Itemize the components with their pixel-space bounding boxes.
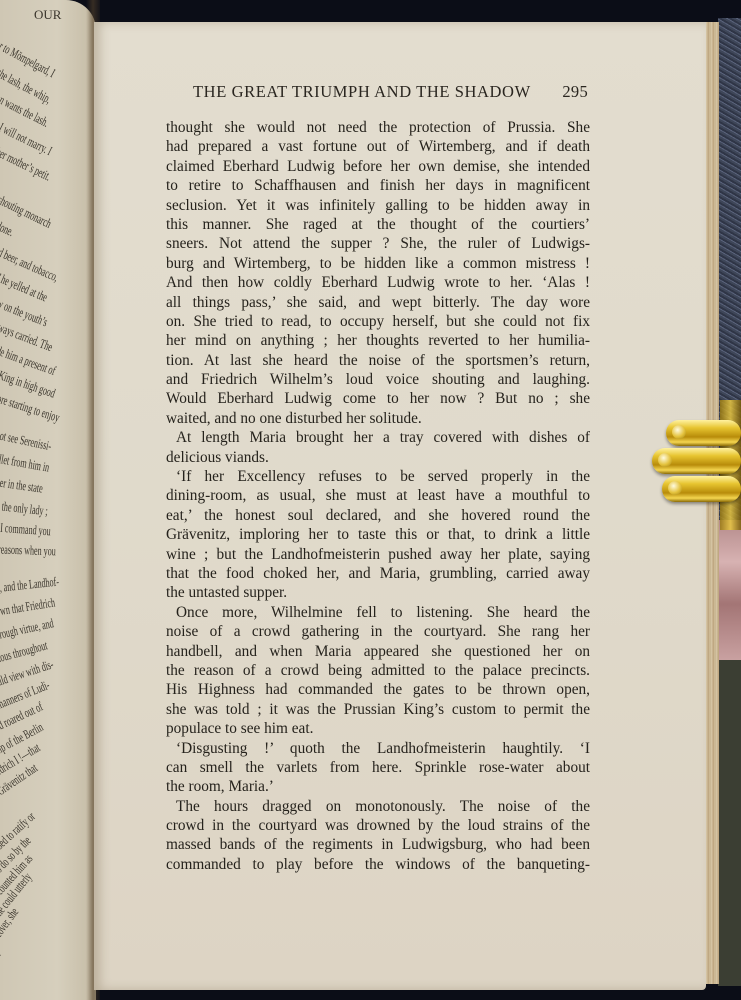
text-line: delicious viands. <box>166 448 590 467</box>
text-line: can smell the varlets from here. Sprinkl… <box>166 758 590 777</box>
page-number: 295 <box>562 82 588 102</box>
text-line: massed bands of the regiments in Ludwigs… <box>166 835 590 854</box>
text-line: Once more, Wilhelmine fell to listening.… <box>166 603 590 622</box>
book-cover-lower <box>718 660 741 986</box>
text-line: His Highness had commanded the gates to … <box>166 680 590 699</box>
marbled-endpaper <box>716 520 741 660</box>
text-line: And then how coldly Eberhard Ludwig wrot… <box>166 273 590 292</box>
text-line: ‘Disgusting !’ quoth the Landhofmeisteri… <box>166 739 590 758</box>
text-line: she was told ; it was the Prussian King’… <box>166 700 590 719</box>
text-line: sneers. Not attend the supper ? She, the… <box>166 234 590 253</box>
text-line: Would Eberhard Ludwig come to her now ? … <box>166 389 590 408</box>
left-page-fragment: ny reasons when you <box>0 540 56 559</box>
clasp-bar <box>662 476 741 502</box>
text-line: thought she would not need the protectio… <box>166 118 590 137</box>
clasp-bar <box>666 420 741 446</box>
left-page-fragment: Moreover, she <box>0 904 22 951</box>
left-page-fragment: l be the only lady ; <box>0 496 49 519</box>
text-line: eat,’ the honest soul declared, and she … <box>166 506 590 525</box>
text-line: the untasted supper. <box>166 583 590 602</box>
text-line: The hours dragged on monotonously. The n… <box>166 797 590 816</box>
left-page-fragment: upper in the state <box>0 472 44 497</box>
text-line: populace to see him eat. <box>166 719 590 738</box>
clasp-bar <box>652 448 741 474</box>
text-line: claimed Eberhard Ludwig before her own d… <box>166 157 590 176</box>
text-line: dining-room, as usual, she must at least… <box>166 486 590 505</box>
text-line: handbell, and when Maria appeared she qu… <box>166 642 590 661</box>
left-page: OUR k her to Mömpelgard, Iant the lash, … <box>0 0 96 1000</box>
text-line: tion. At last she heard the noise of the… <box>166 351 590 370</box>
left-page-fragment: outdone. <box>0 213 17 240</box>
text-line: had prepared a vast fortune out of Wirte… <box>166 137 590 156</box>
text-line: At length Maria brought her a tray cover… <box>166 428 590 447</box>
left-page-fragment: but I command you <box>0 518 51 539</box>
text-line: all things pass,’ she said, and wept bit… <box>166 293 590 312</box>
text-line: and Friedrich Wilhelm’s loud voice shout… <box>166 370 590 389</box>
text-line: crowd in the courtyard was drowned by th… <box>166 816 590 835</box>
chapter-title: THE GREAT TRIUMPH AND THE SHADOW <box>193 82 531 102</box>
text-line: on. She tried to read, to occupy herself… <box>166 312 590 331</box>
text-line: her mind on anything ; her thoughts reve… <box>166 331 590 350</box>
text-line: seclusion. Yet it was infinitely galling… <box>166 196 590 215</box>
text-line: to retire to Schaffhausen and finish her… <box>166 176 590 195</box>
text-line: ‘If her Excellency refuses to be served … <box>166 467 590 486</box>
left-running-head-fragment: OUR <box>34 6 61 23</box>
text-line: Grävenitz, imploring her to taste this o… <box>166 525 590 544</box>
page-body-text: thought she would not need the protectio… <box>166 118 590 874</box>
text-line: noise of a crowd gathering in the courty… <box>166 622 590 641</box>
left-page-fragment: head. <box>0 947 5 971</box>
left-page-fragment: id not see Serenissi- <box>0 424 53 454</box>
running-head: THE GREAT TRIUMPH AND THE SHADOW 295 <box>193 82 588 104</box>
text-line: the room, Maria.’ <box>166 777 590 796</box>
text-line: this manner. She raged at the thought of… <box>166 215 590 234</box>
text-line: waited, and no one disturbed her solitud… <box>166 409 590 428</box>
text-line: commanded to play before the windows of … <box>166 855 590 874</box>
text-line: burg and Wirtemberg, to be hidden like a… <box>166 254 590 273</box>
text-line: that the food choked her, and Maria, gru… <box>166 564 590 583</box>
gold-clasp <box>650 400 741 530</box>
text-line: the reason of a crowd being admitted to … <box>166 661 590 680</box>
text-line: wine ; but the Landhofmeisterin pushed a… <box>166 545 590 564</box>
